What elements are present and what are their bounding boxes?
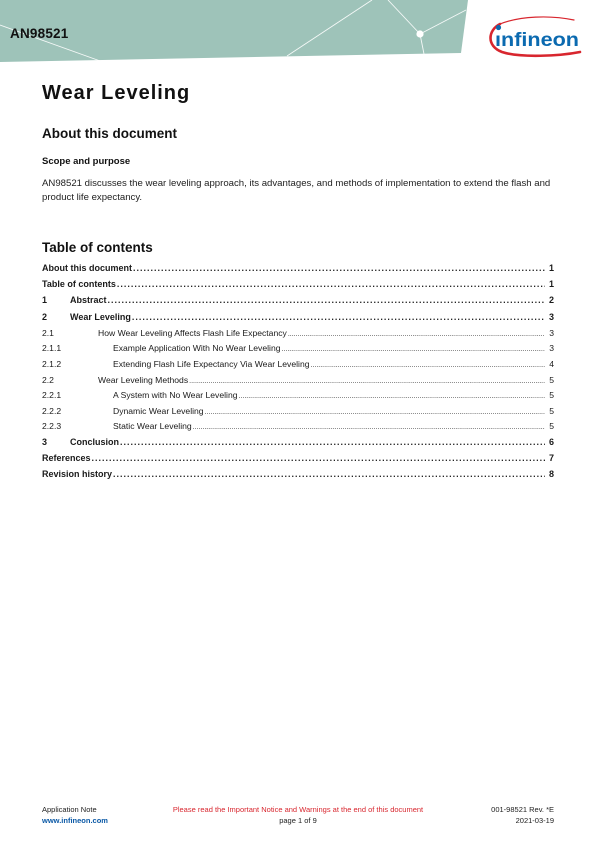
toc-entry[interactable]: 2.1How Wear Leveling Affects Flash Life …: [42, 328, 554, 344]
toc-entry-page: 5: [546, 421, 554, 431]
toc-entry[interactable]: Table of contents1: [42, 279, 554, 295]
toc-entry-label: Revision history: [42, 469, 112, 479]
footer-right: 001-98521 Rev. *E 2021-03-19: [491, 804, 554, 826]
toc-entry[interactable]: 2Wear Leveling3: [42, 312, 554, 328]
doc-date: 2021-03-19: [491, 815, 554, 826]
important-notice: Please read the Important Notice and War…: [42, 804, 554, 815]
toc-leader-dots: [120, 437, 545, 447]
toc-leader-dots: [132, 312, 545, 322]
page-footer: Application Note www.infineon.com Please…: [42, 804, 554, 834]
toc-entry-page: 8: [546, 469, 554, 479]
toc-entry-number: 2.2: [42, 375, 98, 385]
toc-entry-label: Dynamic Wear Leveling: [113, 406, 204, 416]
logo-text: ınfineon: [495, 30, 579, 51]
toc-leader-dots: [92, 453, 545, 463]
doc-number: 001-98521 Rev. *E: [491, 804, 554, 815]
toc-entry-number: 2: [42, 312, 70, 322]
about-heading: About this document: [42, 126, 177, 141]
document-id: AN98521: [10, 26, 68, 41]
toc-entry-page: 4: [546, 359, 554, 369]
toc-entry-page: 5: [546, 406, 554, 416]
toc-leader-dots: [288, 331, 545, 338]
toc-entry-label: References: [42, 453, 91, 463]
toc-entry-page: 6: [546, 437, 554, 447]
toc-leader-dots: [133, 263, 545, 273]
toc-leader-dots: [189, 378, 545, 385]
toc-entry[interactable]: 2.2.1A System with No Wear Leveling5: [42, 390, 554, 406]
toc-entry-label: Example Application With No Wear Levelin…: [113, 343, 281, 353]
page-info: page 1 of 9: [42, 815, 554, 826]
table-of-contents: About this document1Table of contents11A…: [42, 263, 554, 485]
toc-entry-label: About this document: [42, 263, 132, 273]
toc-entry[interactable]: References7: [42, 453, 554, 469]
toc-entry-page: 1: [546, 263, 554, 273]
toc-entry-page: 5: [546, 375, 554, 385]
toc-entry-label: Abstract: [70, 295, 107, 305]
toc-entry[interactable]: Revision history8: [42, 469, 554, 485]
toc-title: Table of contents: [42, 240, 153, 255]
toc-entry-label: How Wear Leveling Affects Flash Life Exp…: [98, 328, 287, 338]
toc-entry[interactable]: About this document1: [42, 263, 554, 279]
toc-entry-label: Wear Leveling Methods: [98, 375, 188, 385]
toc-entry-label: Wear Leveling: [70, 312, 131, 322]
toc-entry-page: 3: [546, 328, 554, 338]
toc-entry-number: 2.1: [42, 328, 98, 338]
toc-entry[interactable]: 2.2.2Dynamic Wear Leveling5: [42, 406, 554, 422]
toc-leader-dots: [113, 469, 545, 479]
toc-leader-dots: [239, 393, 545, 400]
toc-entry[interactable]: 3Conclusion6: [42, 437, 554, 453]
toc-entry-label: Conclusion: [70, 437, 119, 447]
toc-entry[interactable]: 2.1.1Example Application With No Wear Le…: [42, 343, 554, 359]
scope-heading: Scope and purpose: [42, 156, 130, 167]
toc-leader-dots: [117, 279, 545, 289]
toc-entry-number: 2.2.1: [42, 390, 113, 400]
toc-entry-page: 2: [546, 295, 554, 305]
toc-leader-dots: [311, 362, 546, 369]
toc-entry-label: Extending Flash Life Expectancy Via Wear…: [113, 359, 310, 369]
toc-entry-page: 7: [546, 453, 554, 463]
toc-entry-page: 3: [546, 312, 554, 322]
toc-entry-page: 3: [546, 343, 554, 353]
toc-entry[interactable]: 2.2.3Static Wear Leveling5: [42, 421, 554, 437]
footer-center: Please read the Important Notice and War…: [42, 804, 554, 826]
toc-entry-number: 2.2.2: [42, 406, 113, 416]
toc-entry-number: 3: [42, 437, 70, 447]
toc-entry[interactable]: 2.1.2Extending Flash Life Expectancy Via…: [42, 359, 554, 375]
toc-entry-label: Static Wear Leveling: [113, 421, 192, 431]
toc-entry[interactable]: 1Abstract2: [42, 295, 554, 311]
toc-entry-page: 5: [546, 390, 554, 400]
toc-entry-number: 2.2.3: [42, 421, 113, 431]
toc-entry-number: 2.1.1: [42, 343, 113, 353]
infineon-logo: ınfineon: [480, 12, 585, 62]
toc-entry[interactable]: 2.2Wear Leveling Methods5: [42, 375, 554, 391]
toc-leader-dots: [205, 409, 545, 416]
toc-entry-number: 2.1.2: [42, 359, 113, 369]
toc-leader-dots: [282, 346, 545, 353]
toc-leader-dots: [108, 295, 545, 305]
toc-entry-page: 1: [546, 279, 554, 289]
toc-entry-number: 1: [42, 295, 70, 305]
scope-text: AN98521 discusses the wear leveling appr…: [42, 177, 552, 204]
toc-entry-label: A System with No Wear Leveling: [113, 390, 238, 400]
toc-leader-dots: [193, 424, 545, 431]
toc-entry-label: Table of contents: [42, 279, 116, 289]
document-title: Wear Leveling: [42, 82, 190, 105]
